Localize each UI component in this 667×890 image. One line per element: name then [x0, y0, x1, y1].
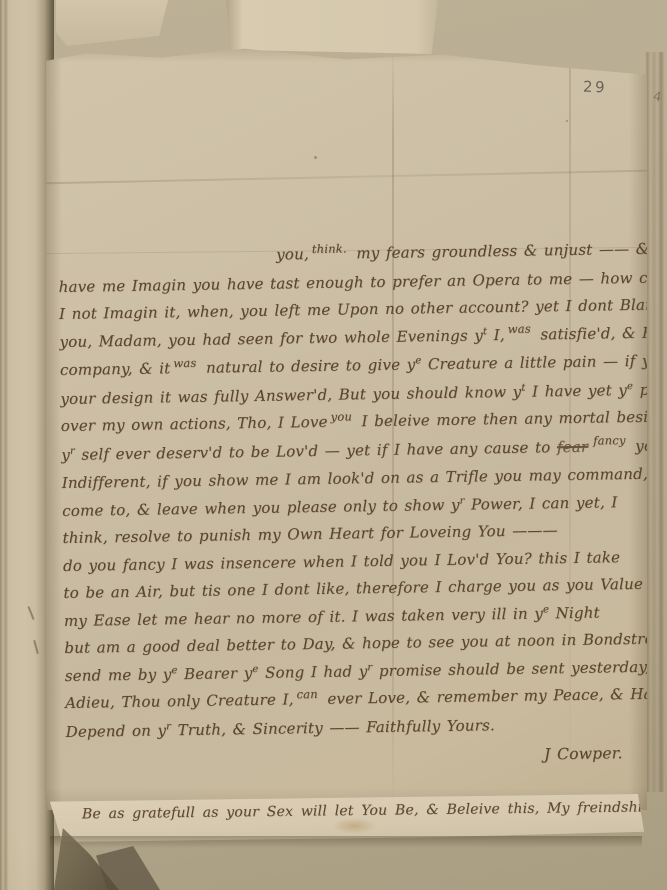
text-segment: you,: [276, 245, 309, 264]
text-segment: send me by y: [65, 665, 172, 685]
text-segment: have me Imagin you have tast enough to p…: [59, 268, 667, 296]
interlinear-insertion: can: [296, 687, 318, 701]
manuscript-photo: you,think. my fears groundless & unjust …: [0, 0, 667, 890]
text-segment: Night: [549, 603, 600, 622]
text-segment: you, Madam, you had seen for two whole E…: [59, 326, 483, 351]
text-segment: Bearer y: [177, 663, 252, 682]
fold-crease: [46, 170, 647, 185]
text-segment: Creature a little pain — if y: [421, 352, 650, 374]
text-segment: think, resolve to punish my Own Heart fo…: [62, 521, 557, 547]
text-segment: your design it was fully Answer'd, But y…: [60, 382, 521, 407]
interlinear-insertion: think.: [312, 241, 347, 256]
letter-sheet: you,think. my fears groundless & unjust …: [46, 44, 647, 810]
text-segment: promise should be sent yesterday,: [372, 657, 650, 679]
text-segment: natural to desire to give y: [199, 355, 415, 376]
interlinear-insertion: was: [508, 322, 531, 336]
signature: J Cowper.: [66, 740, 646, 777]
text-segment: come to, & leave when you please only to…: [62, 495, 460, 519]
postscript-strip: Be as gratefull as your Sex will let You…: [50, 794, 644, 842]
text-segment: do you fancy I was insencere when I told…: [63, 548, 620, 575]
text-segment: Depend on y: [66, 721, 167, 741]
text-segment: y: [61, 445, 70, 463]
strip-shadow: [50, 836, 642, 848]
stacked-leaf-edge: [56, 0, 168, 46]
interlinear-insertion: you: [330, 409, 352, 423]
text-segment: Adieu, Thou only Creature I,: [65, 690, 294, 712]
letter-body: you,think. my fears groundless & unjust …: [58, 236, 646, 777]
text-segment: I beleive more then any mortal beside: [355, 407, 667, 430]
text-segment: I have yet y: [525, 381, 627, 401]
text-segment: over my own actions, Tho, I Love: [61, 413, 328, 435]
text-segment: Indifferent, if you show me I am look'd …: [62, 465, 648, 492]
text-segment: but am a good deal better to Day, & hope…: [64, 629, 667, 656]
text-segment: company, & it: [60, 359, 171, 379]
album-spine-page-edges: [0, 0, 54, 890]
text-segment: my Ease let me hear no more of it. I was…: [64, 604, 543, 630]
text-segment: self ever deserv'd to be Lov'd — yet if …: [75, 438, 557, 464]
text-segment: Power, I can yet, I: [464, 493, 617, 513]
text-segment: ever Love, & remember my Peace, & Happin…: [321, 684, 667, 708]
text-segment: Truth, & Sincerity —— Faithfully Yours.: [171, 716, 495, 739]
interlinear-insertion: was: [173, 356, 196, 370]
text-segment: I,: [487, 325, 505, 343]
torn-paper-fragment: [96, 846, 160, 890]
paper-speck: [566, 120, 568, 122]
ink-bleed-streaks: [645, 52, 667, 792]
paper-stain: [332, 818, 376, 834]
paper-speck: [314, 156, 317, 159]
text-segment: my fears groundless & unjust —— & would …: [350, 238, 667, 262]
interlinear-insertion: fancy: [593, 433, 626, 448]
folio-number: 29: [583, 78, 608, 97]
stacked-leaf-edge: [226, 0, 438, 54]
letter-lines: you,think. my fears groundless & unjust …: [58, 236, 646, 746]
text-segment: to be an Air, but tis one I dont like, t…: [63, 575, 643, 602]
text-segment: Song I had y: [258, 662, 367, 682]
struck-word: fear: [557, 437, 589, 455]
text-segment: I not Imagin it, when, you left me Upon …: [59, 295, 667, 323]
